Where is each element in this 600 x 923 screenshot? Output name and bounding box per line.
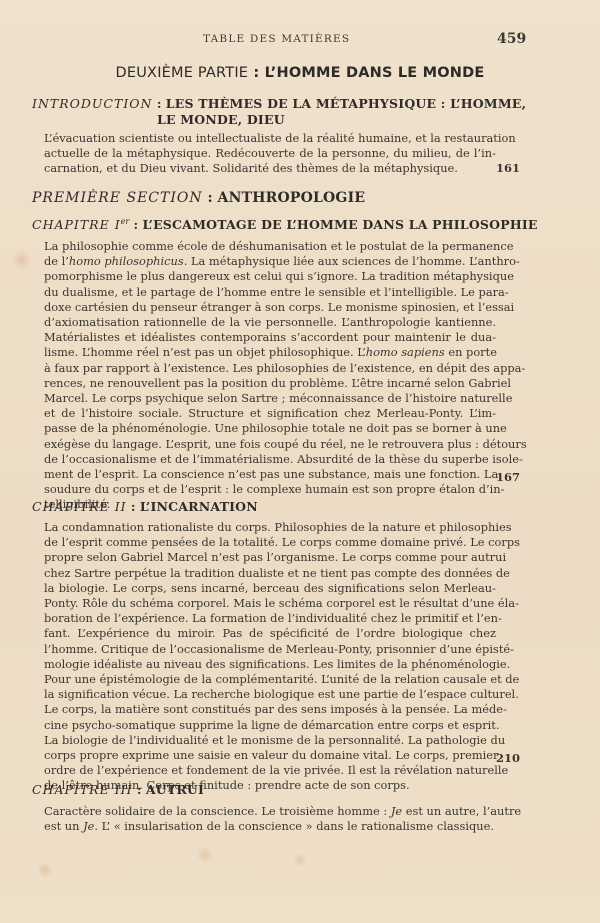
summary-line: et de l’histoire sociale. Structure et s… [44, 406, 496, 421]
introduction-title-line1: LES THÈMES DE LA MÉTAPHYSIQUE : L’HOMME, [166, 96, 526, 111]
chapter-3-summary: Caractère solidaire de la conscience. Le… [44, 804, 496, 834]
summary-line: rences, ne renouvellent pas la position … [44, 376, 496, 391]
chapter-1-summary: La philosophie comme école de déshumanis… [44, 239, 496, 513]
section-title: ANTHROPOLOGIE [218, 190, 366, 206]
summary-line: corps propre exprime une saisie en valeu… [44, 748, 496, 763]
summary-line: Ponty. Rôle du schéma corporel. Mais le … [44, 596, 496, 611]
part-title: DEUXIÈME PARTIE : L’HOMME DANS LE MONDE [0, 65, 600, 81]
introduction-title-line2: LE MONDE, DIEU [157, 112, 285, 127]
summary-line: de l’esprit comme pensées de la totalité… [44, 535, 496, 550]
summary-line: doxe cartésien du penseur étranger à son… [44, 300, 496, 315]
chapter-3-title: AUTRUI [146, 782, 204, 797]
summary-line: soudure du corps et de l’esprit : le com… [44, 482, 496, 497]
summary-line: de l’occasionalisme et de l’immatérialis… [44, 452, 496, 467]
part-separator: : [248, 65, 265, 81]
summary-line: cine psycho-somatique supprime la ligne … [44, 718, 496, 733]
summary-line: Marcel. Le corps psychique selon Sartre … [44, 391, 496, 406]
book-page: TABLE DES MATIÈRES 459 DEUXIÈME PARTIE :… [0, 0, 600, 923]
chapter-3-label: CHAPITRE III [32, 782, 133, 797]
chapter-2-heading: CHAPITRE II : L’INCARNATION [32, 499, 258, 514]
summary-line: passe de la phénoménologie. Une philosop… [44, 421, 496, 436]
summary-line: à faux par rapport à l’existence. Les ph… [44, 361, 496, 376]
summary-line: Pour une épistémologie de la complémenta… [44, 672, 496, 687]
chapter-2-title: L’INCARNATION [140, 499, 258, 514]
chapter-2-summary: La condamnation rationaliste du corps. P… [44, 520, 496, 794]
section-separator: : [203, 190, 218, 206]
section-heading: PREMIÈRE SECTION : ANTHROPOLOGIE [32, 190, 365, 206]
chapter-1-separator: : [129, 217, 142, 232]
summary-line: La condamnation rationaliste du corps. P… [44, 520, 496, 535]
introduction-separator: : [152, 96, 165, 111]
part-name: L’HOMME DANS LE MONDE [265, 65, 485, 81]
summary-line: carnation, et du Dieu vivant. Solidarité… [44, 161, 496, 176]
summary-line: de l’homo philosophicus. La métaphysique… [44, 254, 496, 269]
introduction-title-line2-wrap: LE MONDE, DIEU [157, 112, 285, 127]
summary-line: Le corps, la matière sont constitués par… [44, 702, 496, 717]
summary-line: boration de l’expérience. La formation d… [44, 611, 496, 626]
chapter-1-title: L’ESCAMOTAGE DE L’HOMME DANS LA PHILOSOP… [143, 217, 538, 232]
summary-line: est un Je. L’ « insularisation de la con… [44, 819, 496, 834]
chapter-1-label-sup: er [121, 217, 130, 226]
introduction-summary: L’évacuation scientiste ou intellectuali… [44, 131, 496, 177]
introduction-heading: INTRODUCTION : LES THÈMES DE LA MÉTAPHYS… [32, 96, 526, 111]
summary-line: pomorphisme le plus dangereux est celui … [44, 269, 496, 284]
section-label: PREMIÈRE SECTION [32, 190, 203, 206]
summary-line: la signification vécue. La recherche bio… [44, 687, 496, 702]
chapter-2-page-ref: 210 [496, 751, 520, 765]
summary-line: L’évacuation scientiste ou intellectuali… [44, 131, 496, 146]
chapter-1-heading: CHAPITRE Ier : L’ESCAMOTAGE DE L’HOMME D… [32, 217, 538, 232]
chapter-2-label: CHAPITRE II [32, 499, 127, 514]
chapter-1-label: CHAPITRE I [32, 217, 121, 232]
summary-line: ordre de l’expérience et fondement de la… [44, 763, 496, 778]
summary-line: d’axiomatisation rationnelle de la vie p… [44, 315, 496, 330]
chapter-2-separator: : [127, 499, 140, 514]
summary-line: La philosophie comme école de déshumanis… [44, 239, 496, 254]
summary-line: lisme. L’homme réel n’est pas un objet p… [44, 345, 496, 360]
summary-line: exégèse du langage. L’esprit, une fois c… [44, 437, 496, 452]
summary-line: actuelle de la métaphysique. Redécouvert… [44, 146, 496, 161]
chapter-1-page-ref: 167 [496, 470, 520, 484]
running-title: TABLE DES MATIÈRES [203, 33, 350, 45]
summary-line: l’homme. Critique de l’occasionalisme de… [44, 642, 496, 657]
part-label: DEUXIÈME PARTIE [116, 65, 249, 81]
chapter-3-separator: : [133, 782, 146, 797]
summary-line: la biologie. Le corps, sens incarné, ber… [44, 581, 496, 596]
summary-line: fant. L’expérience du miroir. Pas de spé… [44, 626, 496, 641]
summary-line: ment de l’esprit. La conscience n’est pa… [44, 467, 496, 482]
summary-line: du dualisme, et le partage de l’homme en… [44, 285, 496, 300]
introduction-label: INTRODUCTION [32, 96, 152, 111]
summary-line: chez Sartre perpétue la tradition dualis… [44, 566, 496, 581]
summary-line: Matérialistes et idéalistes contemporain… [44, 330, 496, 345]
introduction-page-ref: 161 [496, 161, 520, 175]
summary-line: Caractère solidaire de la conscience. Le… [44, 804, 496, 819]
summary-line: mologie idéaliste au niveau des signific… [44, 657, 496, 672]
summary-line: La biologie de l’individualité et le mon… [44, 733, 496, 748]
summary-line: propre selon Gabriel Marcel n’est pas l’… [44, 550, 496, 565]
page-number: 459 [497, 31, 526, 47]
running-head: TABLE DES MATIÈRES 459 [0, 33, 600, 49]
chapter-3-heading: CHAPITRE III : AUTRUI [32, 782, 204, 797]
